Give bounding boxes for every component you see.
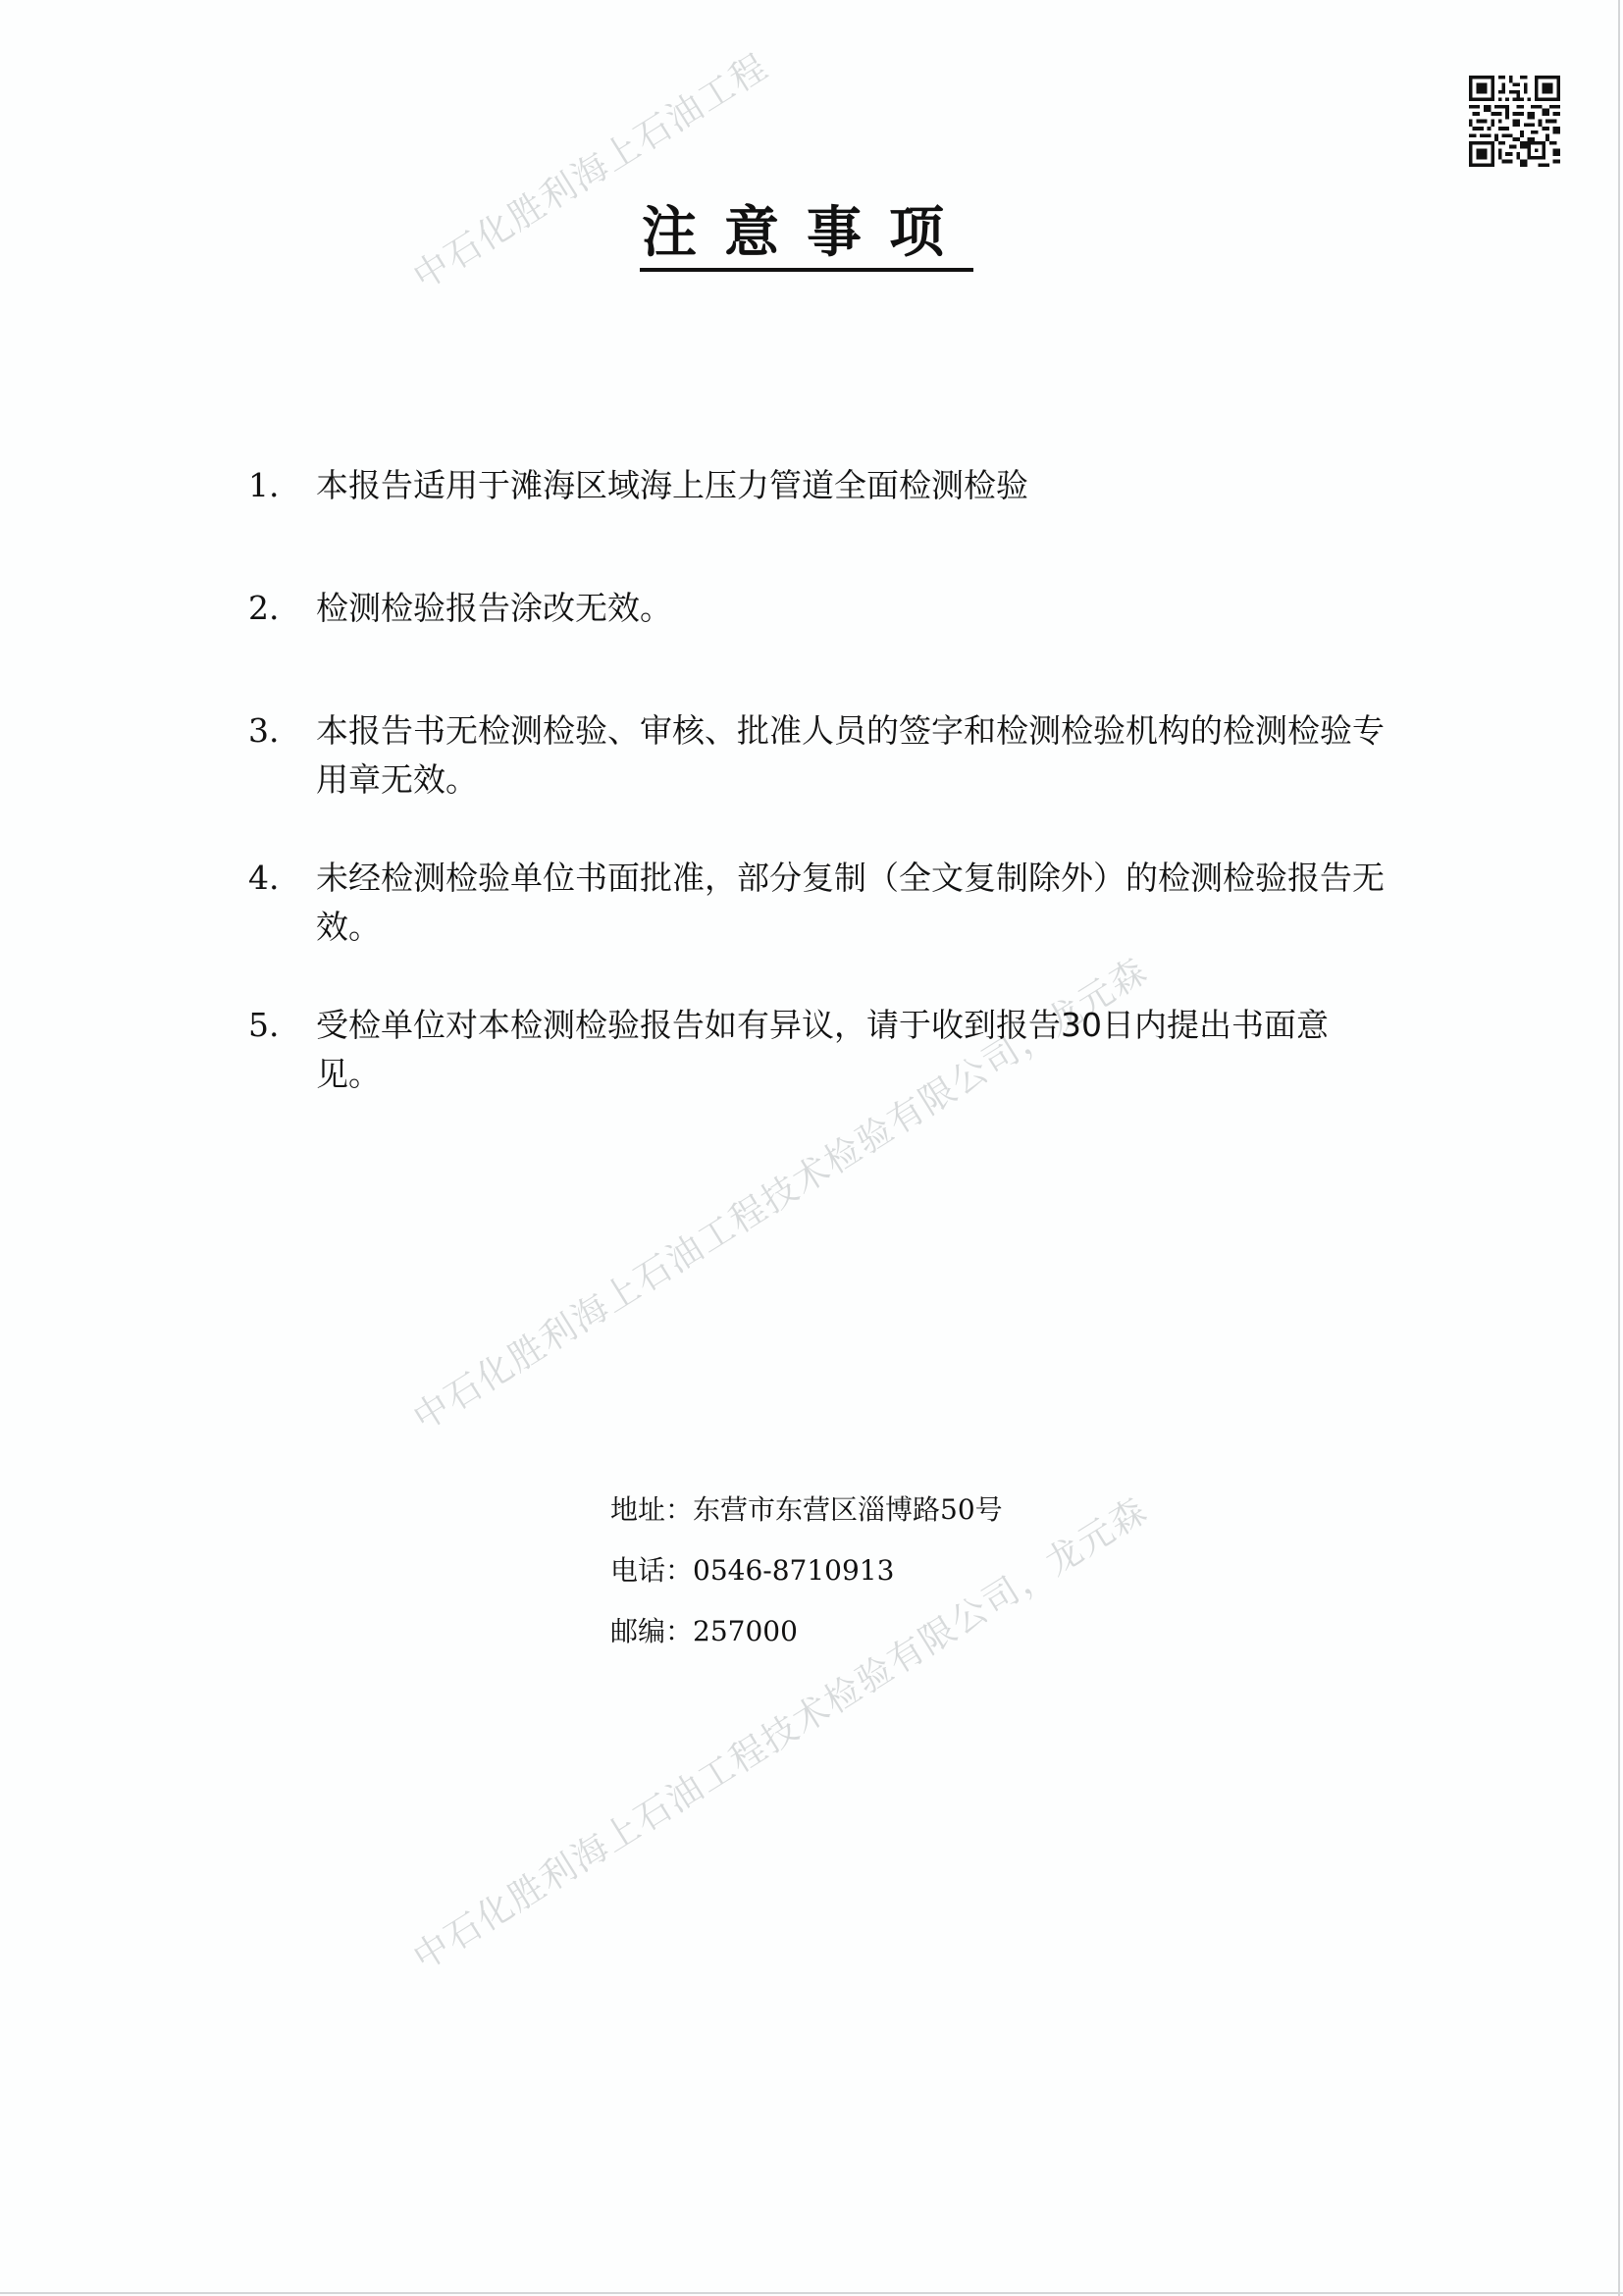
phone-value: 0546-8710913	[693, 1554, 894, 1587]
page-title: 注意事项	[640, 201, 973, 272]
scan-edge-bottom	[0, 2292, 1623, 2294]
address-value: 东营市东营区淄博路50号	[693, 1493, 1003, 1526]
notice-number: 2.	[248, 584, 280, 633]
notice-text: 未经检测检验单位书面批准，部分复制（全文复制除外）的检测检验报告无效。	[316, 854, 1386, 952]
document-page: 中石化胜利海上石油工程 中石化胜利海上石油工程技术检验有限公司，龙元森 中石化胜…	[0, 0, 1623, 2296]
qr-code-icon	[1469, 76, 1560, 167]
notice-text: 本报告适用于滩海区域海上压力管道全面检测检验	[316, 461, 1386, 510]
postcode-row: 邮编：257000	[610, 1601, 1003, 1662]
notice-number: 1.	[248, 461, 280, 510]
postcode-value: 257000	[693, 1615, 798, 1647]
notice-number: 4.	[248, 854, 280, 903]
notice-text: 检测检验报告涂改无效。	[316, 584, 1386, 633]
phone-row: 电话：0546-8710913	[610, 1540, 1003, 1601]
phone-label: 电话：	[610, 1554, 693, 1587]
postcode-label: 邮编：	[610, 1615, 693, 1647]
notice-text: 本报告书无检测检验、审核、批准人员的签字和检测检验机构的检测检验专用章无效。	[316, 706, 1386, 805]
address-row: 地址：东营市东营区淄博路50号	[610, 1480, 1003, 1540]
notice-number: 5.	[248, 1001, 280, 1050]
address-label: 地址：	[610, 1493, 693, 1526]
notice-text: 受检单位对本检测检验报告如有异议，请于收到报告30日内提出书面意见。	[316, 1001, 1386, 1099]
scan-edge-right	[1618, 0, 1620, 2296]
notice-number: 3.	[248, 706, 280, 756]
contact-block: 地址：东营市东营区淄博路50号 电话：0546-8710913 邮编：25700…	[610, 1480, 1003, 1662]
